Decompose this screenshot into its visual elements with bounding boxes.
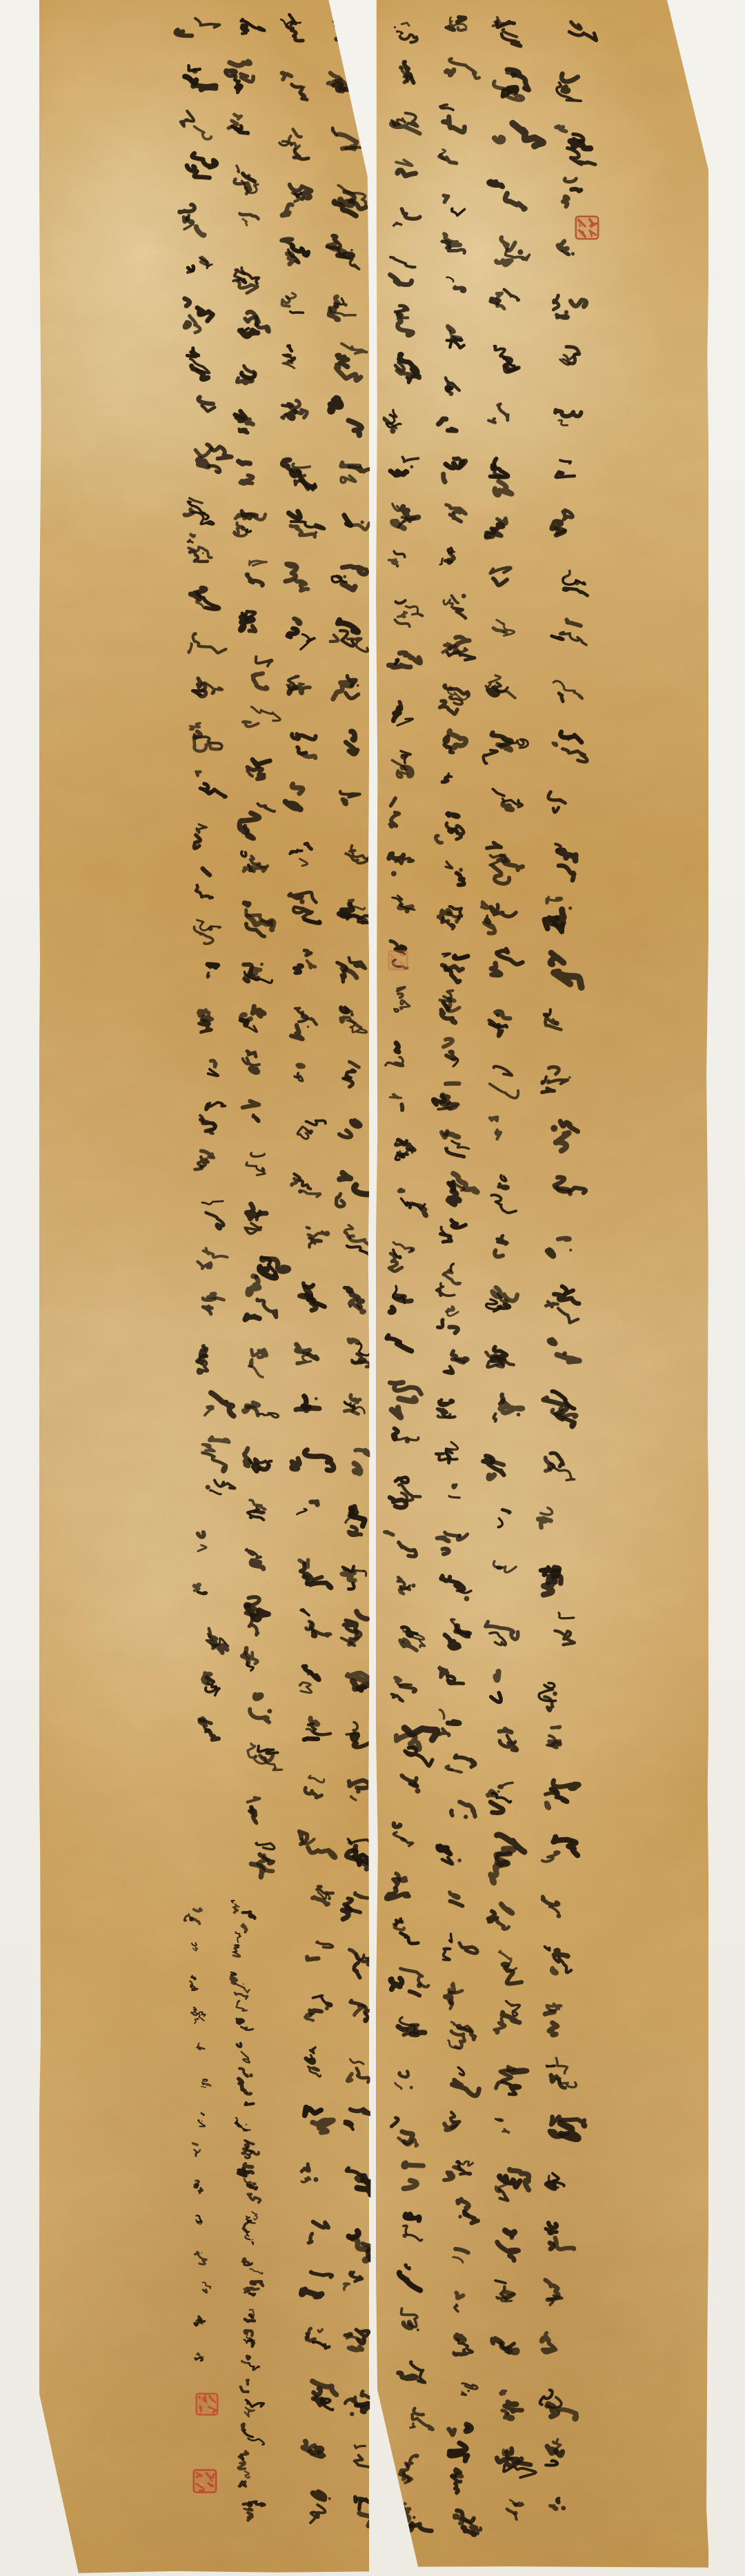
brush-character [325,339,364,384]
brush-character [339,2106,375,2142]
brush-character [491,2277,524,2313]
seal-left-upper [195,2392,219,2416]
brush-character [291,1552,331,1596]
brush-character [435,988,468,1023]
brush-character [238,702,276,741]
brush-character [242,2327,266,2355]
brush-character [486,1281,524,1326]
brush-character [434,1394,466,1436]
brush-character [239,849,270,882]
brush-character [301,2322,340,2357]
brush-character [381,401,420,446]
brush-character [487,1942,523,1992]
brush-character [481,1167,523,1218]
brush-character [434,900,470,933]
brush-character [386,597,428,634]
artwork-canvas: { "artwork": { "type": "Chinese cursive-… [0,0,745,2576]
brush-character [484,1499,522,1547]
brush-character [395,2499,438,2542]
brush-character [388,1083,419,1127]
brush-character [242,1247,285,1296]
brush-character [440,1795,482,1831]
brush-character [541,2437,577,2477]
brush-character [436,190,474,227]
brush-character [189,1940,204,1959]
brush-character [194,1053,229,1096]
brush-character [183,488,215,531]
brush-character [328,563,367,608]
brush-character [278,121,313,165]
brush-character [279,340,317,376]
brush-character [387,1131,419,1173]
brush-character [282,559,326,603]
brush-character [389,2304,437,2346]
brush-character [435,1435,467,1473]
brush-character [242,1197,278,1242]
brush-character [239,802,278,842]
brush-character [538,2108,589,2159]
brush-character [489,2055,527,2105]
brush-character [446,2505,484,2544]
brush-character [536,1498,572,1544]
brush-character [549,565,591,607]
brush-character [285,504,326,548]
brush-character [300,2159,335,2195]
brush-character [382,450,424,499]
brush-character [244,1738,283,1774]
brush-character [493,2222,536,2269]
brush-character [340,1718,381,1765]
brush-character [284,668,317,710]
brush-character [237,951,275,1002]
brush-character [288,1387,333,1436]
brush-character [341,1665,381,1712]
brush-character [293,1220,328,1257]
brush-character [179,104,219,148]
brush-character [195,956,229,999]
brush-character [184,533,215,565]
brush-character [435,810,470,851]
brush-character [488,1891,528,1943]
brush-character [187,624,228,668]
brush-character [542,1113,588,1162]
brush-character [342,2268,377,2308]
brush-character [339,1938,379,1985]
brush-character [183,250,221,284]
brush-character [242,2230,263,2252]
brush-character [535,1890,576,1928]
brush-character [230,158,266,202]
brush-character [175,61,217,108]
brush-character [394,2354,431,2401]
brush-character [230,357,263,393]
brush-character [236,553,274,600]
brush-character [196,1714,227,1747]
brush-character [441,1975,478,2018]
brush-character [301,2433,335,2473]
brush-character [435,1658,473,1701]
brush-character [490,339,528,388]
brush-character [551,399,583,444]
brush-character [290,890,332,940]
brush-character [484,1613,522,1654]
brush-character [195,2039,210,2059]
brush-character [302,2487,344,2531]
brush-character [386,203,425,244]
brush-character [190,1196,223,1232]
brush-character [329,614,370,661]
brush-character [241,1642,279,1682]
brush-character [280,175,317,221]
brush-character [534,1941,580,1984]
brush-character [390,1767,430,1813]
brush-character [328,506,372,551]
brush-character [489,119,537,170]
brush-character [542,2493,573,2529]
brush-character [191,862,226,904]
brush-character [237,2181,260,2209]
brush-character [292,1056,327,1101]
seal-right-edge [388,947,408,974]
brush-character [192,1146,225,1178]
brush-character [237,1001,277,1041]
brush-character [439,1349,474,1380]
brush-character [284,780,327,826]
brush-character [484,1002,515,1047]
brush-character [390,1621,429,1655]
brush-character [294,1496,328,1533]
brush-character [388,1965,433,2008]
brush-character [182,344,217,383]
brush-character [439,97,472,143]
brush-character [290,1166,321,1210]
brush-character [435,1080,472,1123]
brush-character [440,2104,477,2150]
brush-character [240,1341,285,1393]
brush-character [384,253,423,300]
brush-character [388,1865,423,1906]
brush-character [242,1790,277,1835]
brush-character [492,2111,526,2154]
brush-character [444,1883,473,1924]
brush-character [549,455,589,497]
brush-character [190,2314,209,2335]
brush-character [444,2061,484,2099]
brush-character [437,588,474,625]
brush-character [281,394,315,430]
brush-character [487,1832,531,1880]
brush-character [445,2377,484,2412]
brush-character [536,1388,578,1434]
brush-character [384,1474,423,1515]
brush-character [383,1328,424,1371]
brush-character [190,2143,208,2164]
brush-character [438,947,475,986]
brush-character [299,2266,345,2316]
brush-character [343,2436,380,2482]
brush-character [226,12,260,50]
brush-character [543,893,586,940]
brush-character [276,10,306,44]
brush-character [541,1004,586,1047]
brush-character [446,10,475,46]
brush-character [553,123,596,170]
brush-character [542,1280,582,1326]
brush-character [296,1659,332,1698]
brush-character [539,2053,577,2099]
brush-character [484,1116,518,1147]
brush-character [194,1574,226,1617]
brush-character [238,1145,276,1182]
brush-character [195,1622,229,1660]
brush-character [387,1233,422,1272]
brush-character [322,11,361,57]
brush-character [195,2108,214,2132]
brush-character [435,1703,474,1747]
brush-character [324,64,358,108]
brush-character [336,1220,374,1264]
brush-character [330,726,377,766]
brush-character [287,837,324,874]
brush-character [386,1672,419,1707]
brush-character [385,497,424,539]
brush-character [195,1004,231,1038]
brush-character [281,64,313,106]
brush-character [193,1431,232,1472]
brush-character [386,794,423,832]
brush-character [390,1912,421,1946]
brush-character [324,231,366,274]
brush-character [486,786,524,820]
brush-character [334,894,370,933]
brush-character [190,2350,206,2371]
brush-character [290,1440,329,1487]
brush-character [286,728,321,775]
brush-character [241,1444,280,1480]
left-sheet [39,0,369,2573]
brush-character [435,1167,477,1210]
brush-character [279,229,310,274]
brush-character [237,2280,266,2305]
brush-character [233,504,268,550]
brush-character [388,350,430,395]
brush-character [481,1334,517,1383]
brush-character [230,208,266,240]
brush-character [340,1336,378,1373]
brush-character [435,1259,471,1300]
brush-character [434,679,472,713]
brush-character [299,1880,339,1916]
brush-character [177,13,217,56]
brush-character [242,1542,281,1585]
brush-character [237,654,277,696]
brush-character [339,1830,381,1874]
brush-character [190,768,227,807]
brush-character [389,106,426,145]
brush-character [490,2330,526,2367]
brush-character [486,1227,523,1274]
brush-character [335,783,370,827]
brush-character [494,2166,531,2206]
brush-character [197,1526,226,1566]
brush-character [235,749,274,795]
brush-character [545,675,579,713]
brush-character [226,109,256,146]
brush-character [500,2497,535,2530]
brush-character [384,1035,421,1078]
brush-character [437,769,474,800]
brush-character [486,1554,526,1589]
brush-character [332,947,371,993]
brush-character [547,617,591,660]
right-sheet [376,0,708,2569]
brush-character [237,2397,263,2424]
brush-character [482,1445,524,1494]
brush-character [386,1425,421,1464]
brush-character [439,2286,475,2333]
brush-character [487,286,521,321]
brush-character [437,1303,468,1341]
brush-character [437,1481,474,1516]
brush-character [389,156,428,197]
brush-character [442,2154,477,2190]
brush-character [335,1772,377,1825]
brush-character [194,1098,228,1139]
brush-character [439,230,477,268]
brush-character [489,1390,528,1431]
brush-character [538,1999,572,2041]
brush-character [395,2209,436,2251]
brush-character [228,304,270,351]
brush-character [435,1527,469,1567]
brush-character [239,1589,286,1641]
brush-character [197,1477,235,1512]
brush-character [344,2382,382,2430]
brush-character [450,2328,479,2364]
brush-character [544,1169,586,1214]
brush-character [233,604,272,648]
brush-character [237,1046,274,1084]
brush-character [490,1720,527,1763]
brush-character [247,1837,283,1883]
brush-character [239,2495,264,2526]
brush-character [436,142,472,180]
brush-character [445,55,480,95]
brush-character [296,1827,332,1863]
brush-character [186,1907,205,1930]
brush-character [299,1993,343,2033]
brush-character [227,259,263,301]
brush-character [335,836,377,876]
brush-character [488,232,532,277]
brush-character [286,613,321,657]
brush-character [438,275,474,307]
brush-character [189,910,220,951]
brush-character [296,1940,339,1979]
brush-character [384,742,421,788]
brush-character [479,895,517,938]
brush-character [553,65,595,108]
brush-character [279,286,320,329]
brush-character [396,2452,438,2492]
brush-character [235,454,271,495]
brush-character [441,860,477,893]
brush-character [337,1280,373,1320]
brush-character [441,1750,473,1792]
brush-character [323,121,372,166]
brush-character [382,1282,421,1325]
brush-character [193,1241,230,1289]
brush-character [241,1494,272,1534]
brush-character [194,2246,210,2268]
brush-character [185,437,231,482]
brush-character [386,697,427,736]
brush-character [488,947,526,984]
brush-character [384,1524,417,1569]
brush-character [236,2015,257,2041]
brush-character [195,2281,212,2302]
brush-character [390,57,426,98]
brush-character [542,2328,573,2364]
brush-character [335,1389,371,1425]
brush-character [326,670,375,711]
brush-character [335,1113,376,1159]
brush-character [344,2052,378,2096]
brush-character [441,1927,478,1965]
brush-character [332,1002,364,1036]
brush-character [386,889,430,924]
brush-character [184,388,223,425]
brush-character [235,900,274,942]
brush-character [339,1557,371,1598]
brush-character [541,949,588,1000]
brush-character [388,12,419,57]
brush-character [435,410,471,455]
brush-character [540,1226,581,1278]
brush-character [491,10,524,49]
brush-character [556,176,593,210]
brush-character [400,2404,432,2438]
brush-character [176,202,217,242]
brush-character [332,1167,382,1216]
brush-character [238,2206,268,2232]
brush-character [384,302,418,337]
brush-character [444,2243,477,2279]
brush-character [538,1558,579,1602]
brush-character [297,1607,331,1647]
brush-character [338,1057,372,1095]
brush-character [386,1816,423,1859]
brush-character [437,454,473,493]
brush-character [186,813,223,860]
brush-character [187,719,224,755]
brush-character [340,2324,381,2360]
brush-character [292,1274,336,1327]
brush-character [179,294,220,337]
brush-character [194,1289,234,1326]
brush-character [391,2063,422,2103]
brush-character [441,2019,479,2054]
brush-character [183,582,219,623]
brush-character [483,1667,530,1717]
brush-character [487,397,528,442]
brush-character [483,562,529,606]
brush-character [387,546,420,581]
brush-character [439,1614,477,1652]
brush-character [486,615,521,651]
brush-character [232,1943,251,1965]
brush-character [304,2377,343,2418]
